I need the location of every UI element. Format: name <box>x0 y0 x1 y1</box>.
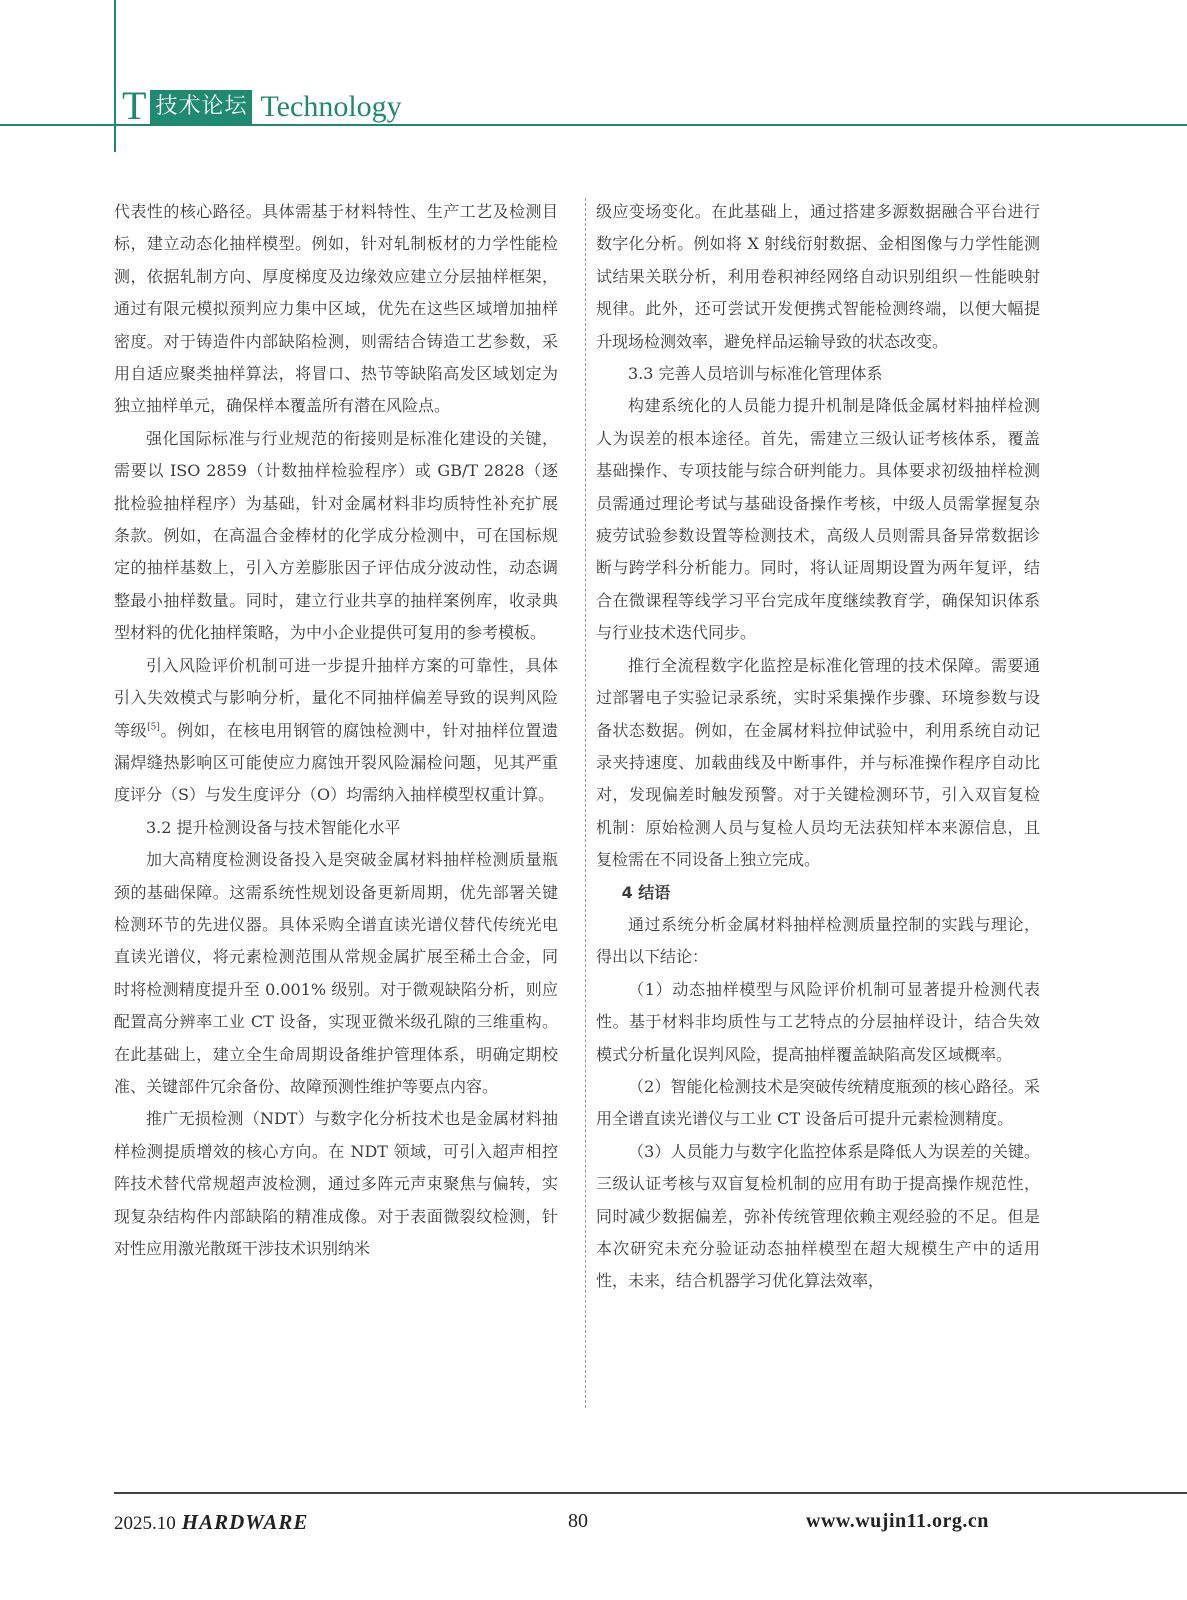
subsection-heading: 3.2 提升检测设备与技术智能化水平 <box>114 812 558 844</box>
website-link[interactable]: www.wujin11.org.cn <box>806 1510 989 1533</box>
section-title-cn: 技术论坛 <box>150 90 252 124</box>
citation-ref[interactable]: [5] <box>147 722 160 732</box>
magazine-name: HARDWARE <box>182 1510 309 1534</box>
subsection-heading: 3.3 完善人员培训与标准化管理体系 <box>596 358 1040 390</box>
paragraph: 级应变场变化。在此基础上，通过搭建多源数据融合平台进行数字化分析。例如将 X 射… <box>596 196 1040 358</box>
issue-date: 2025.10 <box>114 1513 176 1534</box>
right-column: 级应变场变化。在此基础上，通过搭建多源数据融合平台进行数字化分析。例如将 X 射… <box>596 196 1040 1298</box>
footer-rule <box>114 1492 1187 1494</box>
paragraph: 推行全流程数字化监控是标准化管理的技术保障。需要通过部署电子实验记录系统，实时采… <box>596 650 1040 877</box>
paragraph: 加大高精度检测设备投入是突破金属材料抽样检测质量瓶颈的基础保障。这需系统性规划设… <box>114 844 558 1103</box>
paragraph: 代表性的核心路径。具体需基于材料特性、生产工艺及检测目标，建立动态化抽样模型。例… <box>114 196 558 423</box>
header-horizontal-rule <box>0 124 1187 126</box>
section-heading: 4 结语 <box>596 877 1040 909</box>
column-divider <box>585 198 586 1408</box>
conclusion-item: （1）动态抽样模型与风险评价机制可显著提升检测代表性。基于材料非均质性与工艺特点… <box>596 974 1040 1071</box>
paragraph: 构建系统化的人员能力提升机制是降低金属材料抽样检测人为误差的根本途径。首先，需建… <box>596 390 1040 649</box>
left-column: 代表性的核心路径。具体需基于材料特性、生产工艺及检测目标，建立动态化抽样模型。例… <box>114 196 558 1265</box>
paragraph: 引入风险评价机制可进一步提升抽样方案的可靠性，具体引入失效模式与影响分析，量化不… <box>114 650 558 812</box>
footer-issue: 2025.10HARDWARE <box>114 1510 308 1535</box>
section-title-en: Technology <box>260 90 401 124</box>
paragraph: 推广无损检测（NDT）与数字化分析技术也是金属材料抽样检测提质增效的核心方向。在… <box>114 1103 558 1265</box>
paragraph-text: 。例如，在核电用钢管的腐蚀检测中，针对抽样位置遗漏焊缝热影响区可能使应力腐蚀开裂… <box>114 721 558 805</box>
section-logo-letter: T <box>122 88 146 124</box>
paragraph: 强化国际标准与行业规范的衔接则是标准化建设的关键，需要以 ISO 2859（计数… <box>114 423 558 650</box>
header-vertical-rule <box>114 0 116 152</box>
conclusion-item: （3）人员能力与数字化监控体系是降低人为误差的关键。三级认证考核与双盲复检机制的… <box>596 1136 1040 1298</box>
paragraph: 通过系统分析金属材料抽样检测质量控制的实践与理论，得出以下结论： <box>596 909 1040 974</box>
page-number: 80 <box>568 1510 588 1533</box>
conclusion-item: （2）智能化检测技术是突破传统精度瓶颈的核心路径。采用全谱直读光谱仪与工业 CT… <box>596 1071 1040 1136</box>
section-header: T 技术论坛 Technology <box>122 88 402 124</box>
